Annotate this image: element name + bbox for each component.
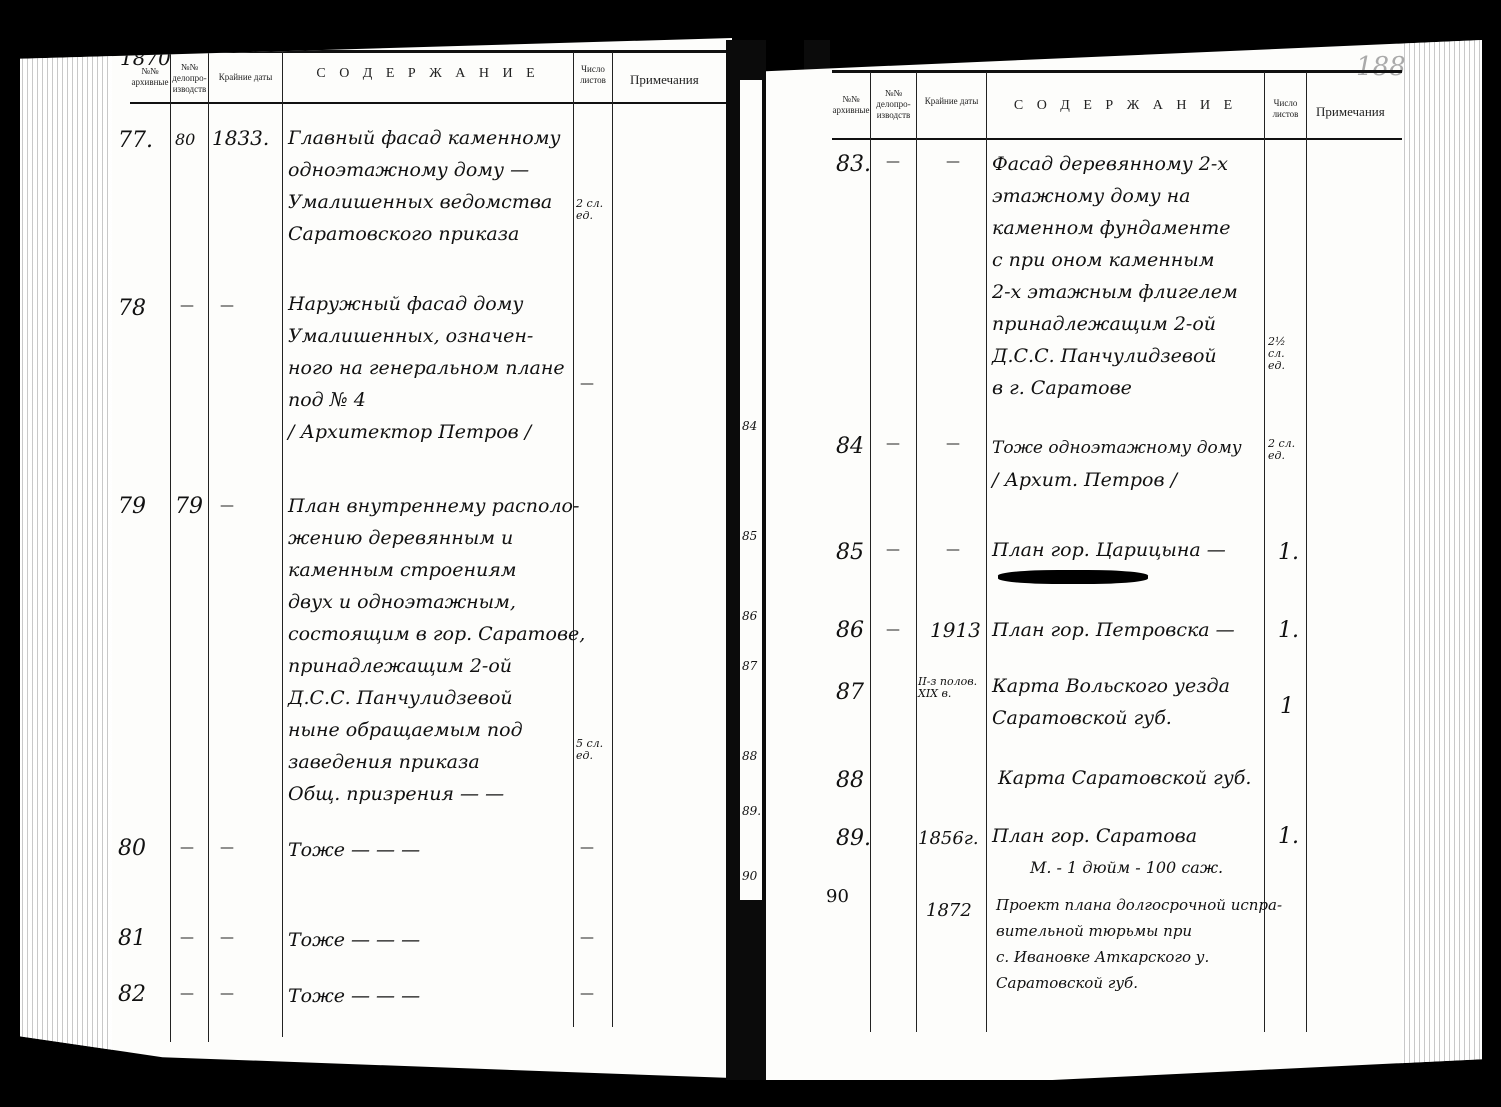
column-divider [170, 52, 171, 1042]
case-no: — [180, 986, 194, 1002]
archive-no: 86 [836, 618, 864, 643]
dates: — [220, 930, 234, 946]
archive-no: 88 [836, 768, 864, 793]
case-no: — [180, 298, 194, 314]
content-line: М. - 1 дюйм - 100 саж. [1030, 852, 1223, 884]
sheets: 5 сл. ед. [576, 738, 608, 762]
content-line: Тоже — — — [288, 980, 420, 1012]
content-line: принадлежащим 2-ой [288, 650, 512, 682]
content-line: Умалишенных, означен- [288, 320, 533, 352]
column-divider [1264, 72, 1265, 1032]
header-sheets: Число листов [1265, 98, 1306, 120]
header-sheets: Число листов [574, 64, 612, 86]
archive-no: 84 [836, 434, 864, 459]
content-line: / Архитектор Петров / [288, 416, 531, 448]
content-line: 2-х этажным флигелем [992, 276, 1238, 308]
archive-no: 90 [826, 886, 849, 907]
dates: — [220, 986, 234, 1002]
content-line: Общ. призрения — — [288, 778, 504, 810]
content-line: Карта Вольского уезда [992, 670, 1230, 702]
dates: 1856г. [918, 828, 979, 849]
content-line: одноэтажному дому — [288, 154, 529, 186]
content-line: План внутреннему располо- [288, 490, 579, 522]
column-divider [916, 72, 917, 1032]
column-divider [208, 52, 209, 1042]
content-line: Главный фасад каменному [288, 122, 561, 154]
archive-no: 89. [836, 826, 871, 851]
header-archive-no: №№ архивные [832, 94, 870, 116]
header-content: С О Д Е Р Ж А Н И Е [987, 98, 1264, 114]
content-line: жению деревянным и [288, 522, 513, 554]
archive-no: 82 [118, 982, 146, 1007]
gutter-number: 86 [742, 610, 757, 622]
content-line: Тоже — — — [288, 924, 420, 956]
content-line: / Архит. Петров / [992, 464, 1177, 496]
dates: — [946, 154, 960, 170]
content-line: Д.С.С. Панчулидзевой [992, 340, 1217, 372]
sheets: — [580, 376, 594, 392]
sheets: — [580, 930, 594, 946]
column-divider [870, 72, 871, 1032]
gutter-number: 89. [742, 805, 761, 817]
dates: — [946, 542, 960, 558]
content-line: ного на генеральном плане [288, 352, 565, 384]
header-top-rule [832, 70, 1402, 73]
dates: — [946, 436, 960, 452]
content-line: Тоже одноэтажному дому [992, 432, 1242, 464]
archive-no: 81 [118, 926, 146, 951]
content-line: каменным строениям [288, 554, 517, 586]
archive-no: 77. [118, 128, 153, 153]
content-line: Саратовской губ. [992, 702, 1172, 734]
content-line: Фасад деревянному 2-х [992, 148, 1228, 180]
content-line: принадлежащим 2-ой [992, 308, 1216, 340]
content-line: Тоже — — — [288, 834, 420, 866]
page-edge-stack [1402, 40, 1482, 1080]
content-line: ныне обращаемым под [288, 714, 523, 746]
sheets: — [580, 986, 594, 1002]
gutter-number: 88 [742, 750, 757, 762]
sheets: — [580, 840, 594, 856]
gutter-number: 85 [742, 530, 757, 542]
column-divider [1306, 72, 1307, 1032]
gutter-number: 90 [742, 870, 757, 882]
dates: 1833. [212, 126, 269, 150]
dates: — [220, 840, 234, 856]
column-divider [282, 52, 283, 1037]
archive-no: 79 [118, 494, 146, 519]
content-line: Наружный фасад дому [288, 288, 523, 320]
content-line: Карта Саратовской губ. [998, 762, 1251, 794]
dates: 1913 [930, 618, 981, 642]
content-line: этажному дому на [992, 180, 1191, 212]
dates: II-з полов. XIX в. [918, 676, 984, 700]
dates: — [220, 498, 234, 514]
header-archive-no: №№ архивные [130, 66, 170, 88]
header-top-rule [130, 50, 730, 53]
archive-no: 87 [836, 680, 864, 705]
content-line: вительной тюрьмы при [996, 918, 1192, 944]
sheets: 1. [1278, 618, 1299, 643]
archive-no: 85 [836, 540, 864, 565]
dates: 1872 [926, 900, 972, 921]
content-line: Д.С.С. Панчулидзевой [288, 682, 513, 714]
content-line: каменном фундаменте [992, 212, 1230, 244]
header-bottom-rule [832, 138, 1402, 140]
content-line: Проект плана долгосрочной испра- [996, 892, 1282, 918]
left-page: 1870 -ai · №№ архивные №№ делопро-изводс… [20, 38, 732, 1078]
content-line: с при оном каменным [992, 244, 1214, 276]
column-divider [612, 52, 613, 1027]
content-line: Саратовского приказа [288, 218, 519, 250]
content-line: Саратовской губ. [996, 970, 1138, 996]
gutter-number: 87 [742, 660, 757, 672]
sheets: 2 сл. ед. [1268, 438, 1304, 462]
case-no: 79 [175, 494, 203, 519]
header-dates: Крайние даты [917, 96, 986, 107]
right-page: 188 №№ архивные №№ делопро-изводств Край… [766, 40, 1482, 1080]
content-line: в г. Саратове [992, 372, 1132, 404]
case-no: — [886, 622, 900, 638]
case-no: — [180, 930, 194, 946]
gutter-number: 84 [742, 420, 757, 432]
column-divider [986, 72, 987, 1032]
header-notes: Примечания [630, 72, 699, 88]
sheets: 2½ сл. ед. [1268, 336, 1304, 372]
content-line: с. Ивановке Аткарского у. [996, 944, 1209, 970]
top-scribble: -ai · [230, 38, 253, 50]
content-line: двух и одноэтажным, [288, 586, 516, 618]
header-case-no: №№ делопро-изводств [171, 62, 208, 95]
content-line: План гор. Царицына — [992, 534, 1226, 566]
case-no: 80 [175, 130, 195, 149]
header-notes: Примечания [1316, 104, 1385, 120]
gutter-strip: 84 85 86 87 88 89. 90 [740, 80, 762, 900]
header-bottom-rule [130, 102, 730, 104]
header-dates: Крайние даты [209, 72, 282, 83]
sheets: 1. [1278, 824, 1299, 849]
margin-note: 1870 [120, 52, 171, 64]
sheets: 2 сл. ед. [576, 198, 608, 222]
case-no: — [886, 542, 900, 558]
content-line: План гор. Саратова [992, 820, 1197, 852]
archive-no: 78 [118, 296, 146, 321]
content-line: заведения приказа [288, 746, 480, 778]
case-no: — [886, 154, 900, 170]
case-no: — [180, 840, 194, 856]
page-edge-stack [20, 38, 112, 1078]
case-no: — [886, 436, 900, 452]
sheets: 1. [1278, 540, 1299, 565]
archive-no: 80 [118, 836, 146, 861]
sheets: 1 [1280, 694, 1294, 719]
content-line: состоящим в гор. Саратове, [288, 618, 585, 650]
header-case-no: №№ делопро-изводств [871, 88, 916, 121]
content-line: Умалишенных ведомства [288, 186, 552, 218]
strikethrough-blot [998, 570, 1148, 584]
header-content: С О Д Е Р Ж А Н И Е [283, 66, 573, 82]
column-divider [573, 52, 574, 1027]
content-line: План гор. Петровска — [992, 614, 1235, 646]
archive-no: 83. [836, 152, 871, 177]
page-number: 188 [1356, 52, 1406, 82]
content-line: под № 4 [288, 384, 366, 416]
dates: — [220, 298, 234, 314]
